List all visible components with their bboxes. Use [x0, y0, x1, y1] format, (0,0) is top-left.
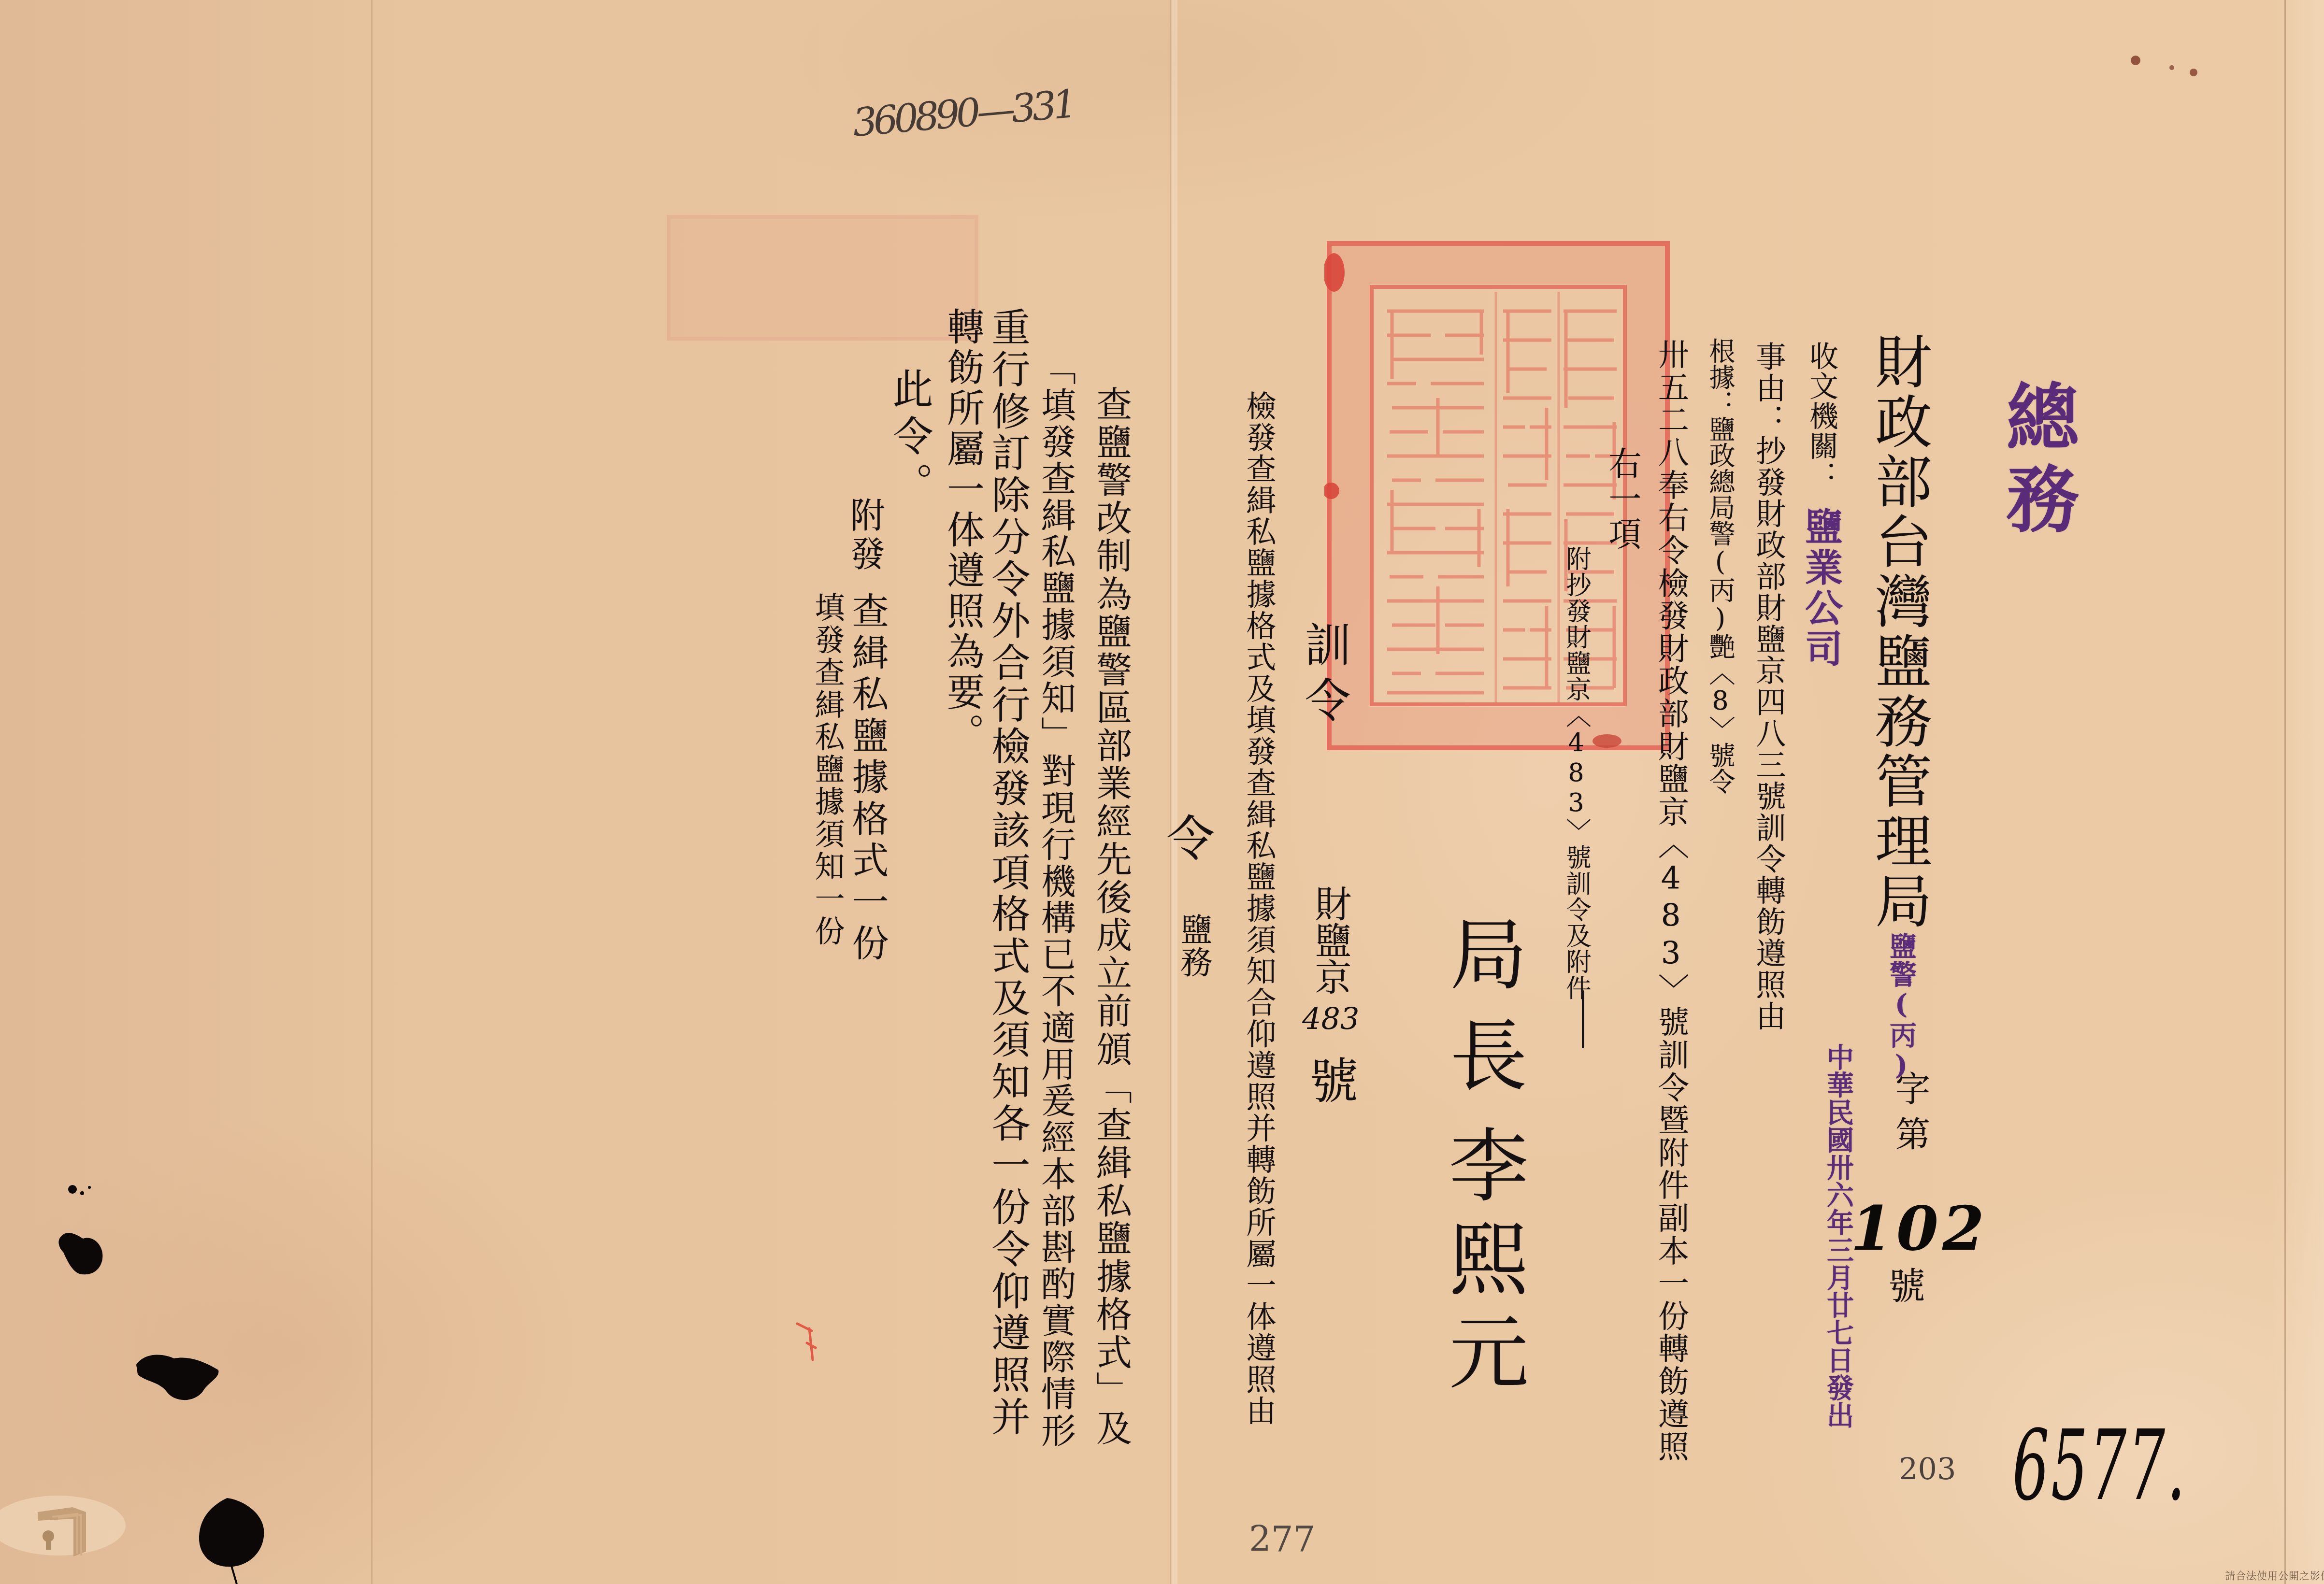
document-page: 360890—331 總務 財政部台灣鹽務管理局 鹽警(丙) 字第 102 號 …: [0, 0, 2324, 1584]
basis-line: 根據：鹽政總局警(丙)艷〈8〉號令: [1707, 338, 1733, 794]
recipient-stamp: 鹽業公司: [1802, 507, 1839, 670]
folio-number: 277: [1249, 1522, 1315, 1556]
order-number-prefix: 財鹽京: [1312, 885, 1348, 995]
watermark-notice: 請合法使用公開之影像: [2225, 1571, 2324, 1581]
director-title: 局長: [1443, 914, 1521, 1117]
center-fold-crease: [1170, 0, 1171, 1584]
archive-number: 360890—331: [851, 85, 1075, 143]
attachments-label: 附發: [847, 497, 882, 574]
item-count-note: 右一項: [1606, 446, 1638, 552]
doc-number: 102: [1851, 1199, 1988, 1259]
order-body-line: 重行修訂除分令外合行檢發該項格式及須知各一份令仰遵照并: [988, 307, 1027, 1438]
attachment-item: 查緝私鹽據格式一份: [849, 592, 886, 966]
addressee: 鹽務: [1177, 913, 1209, 979]
archive-logo-icon: [0, 1496, 126, 1556]
instruction-line: 卅五二八奉右令檢發財政部財鹽京〈483〉號訓令暨附件副本一份轉飭遵照: [1655, 338, 1686, 1463]
seal-dot: [1324, 253, 1345, 292]
order-number-digits: 483: [1302, 1004, 1359, 1034]
order-number-suffix: 號: [1305, 1056, 1354, 1104]
red-mark: [792, 1314, 826, 1372]
center-fold: [1172, 0, 1177, 1584]
subject-line: 事由：抄發財政部財鹽京四八三號訓令轉飭遵照由: [1753, 341, 1783, 1032]
recipient-label: 收文機關：: [1807, 341, 1836, 491]
enclosure-note: 附抄發財鹽京〈483〉號訓令及附件: [1564, 546, 1589, 1001]
seal-dot: [1592, 734, 1621, 748]
order-body-line: 查鹽警改制為鹽警區部業經先後成立前頒「查緝私鹽據格式」及: [1093, 385, 1129, 1447]
addressee-label: 令: [1162, 813, 1210, 861]
enclosure-bracket-line: [1582, 990, 1584, 1048]
fold-line: [371, 0, 373, 1584]
issue-date-stamp: 中華民國卅六年三月廿七日發出: [1825, 1043, 1852, 1429]
file-number: 6577.: [2012, 1418, 2187, 1514]
order-body-line: 「填發查緝私鹽據須知」對現行機構已不適用爰經本部斟酌實際情形: [1038, 350, 1073, 1449]
order-closing: 此令。: [889, 368, 930, 510]
department-stamp: 總務: [2000, 379, 2073, 543]
order-body-line: 轉飭所屬一体遵照為要。: [944, 307, 981, 754]
attachment-item: 填發查緝私鹽據須知一份: [812, 592, 842, 948]
director-signature: 李熙元: [1442, 1124, 1522, 1404]
order-type-label: 訓令: [1301, 621, 1347, 732]
paper-edge-line: [2284, 0, 2286, 1584]
doc-number-suffix: 號: [1885, 1267, 1922, 1303]
doc-series-stamp: 鹽警(丙): [1888, 932, 1915, 1082]
doc-number-label: 字第: [1893, 1070, 1927, 1161]
stain-dots: [2116, 43, 2223, 92]
note-number: 203: [1899, 1454, 1956, 1484]
seal-offset-stain: [667, 215, 978, 341]
issuer-title: 財政部台灣鹽務管理局: [1870, 332, 1927, 931]
ink-blots: [0, 1179, 290, 1584]
order-summary: 檢發查緝私鹽據格式及填發查緝私鹽據須知合仰遵照并轉飭所屬一体遵照由: [1244, 390, 1274, 1427]
